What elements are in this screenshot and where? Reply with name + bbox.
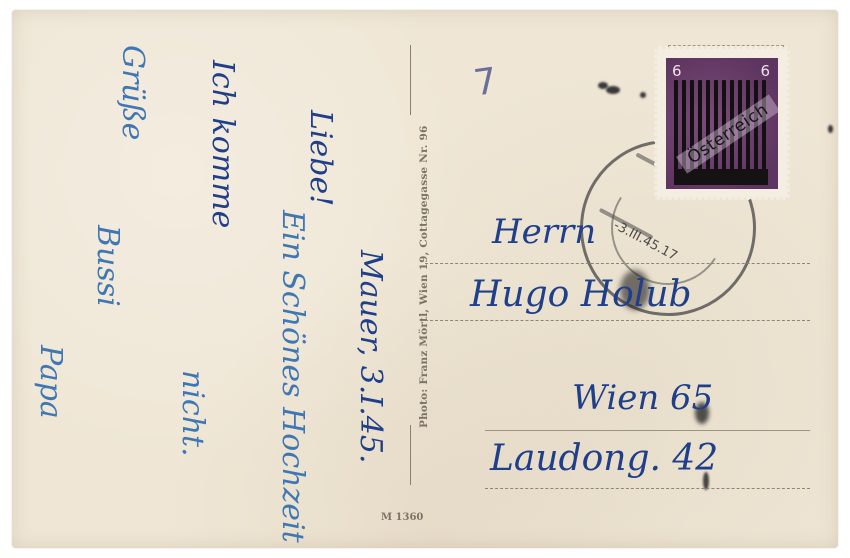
message-line-3: Ich komme	[205, 60, 240, 228]
message-line-1: Liebe!	[303, 110, 338, 206]
serial-number: M 1360	[381, 512, 423, 523]
address-name: Hugo Holub	[470, 274, 692, 315]
ink-spot	[606, 86, 620, 94]
stamp-denomination-left: 6	[672, 62, 682, 80]
address-city: Wien 65	[572, 378, 713, 418]
address-line-2	[425, 320, 810, 321]
address-line-1	[425, 263, 810, 264]
message-dateline: Mauer, 3.I.45.	[353, 250, 388, 464]
address-salutation: Herrn	[492, 212, 596, 252]
center-divider	[410, 45, 411, 505]
message-line-5: Grüße	[115, 45, 150, 140]
ink-spot	[640, 92, 646, 98]
address-line-4	[485, 488, 810, 489]
publisher-imprint: Photo: Franz Mörtl, Wien 19, Cottagegass…	[418, 126, 430, 428]
address-street: Laudong. 42	[490, 438, 718, 479]
message-line-2: Ein Schönes Hochzeit	[275, 210, 310, 543]
message-signature: Papa	[33, 345, 68, 419]
message-line-6: Bussi	[90, 225, 125, 307]
stamp-denomination-right: 6	[760, 62, 770, 80]
ink-spot	[828, 125, 833, 133]
postage-stamp: 6 6 Österreich	[657, 49, 787, 197]
message-line-4: nicht.	[175, 370, 210, 457]
address-line-3	[485, 430, 810, 431]
